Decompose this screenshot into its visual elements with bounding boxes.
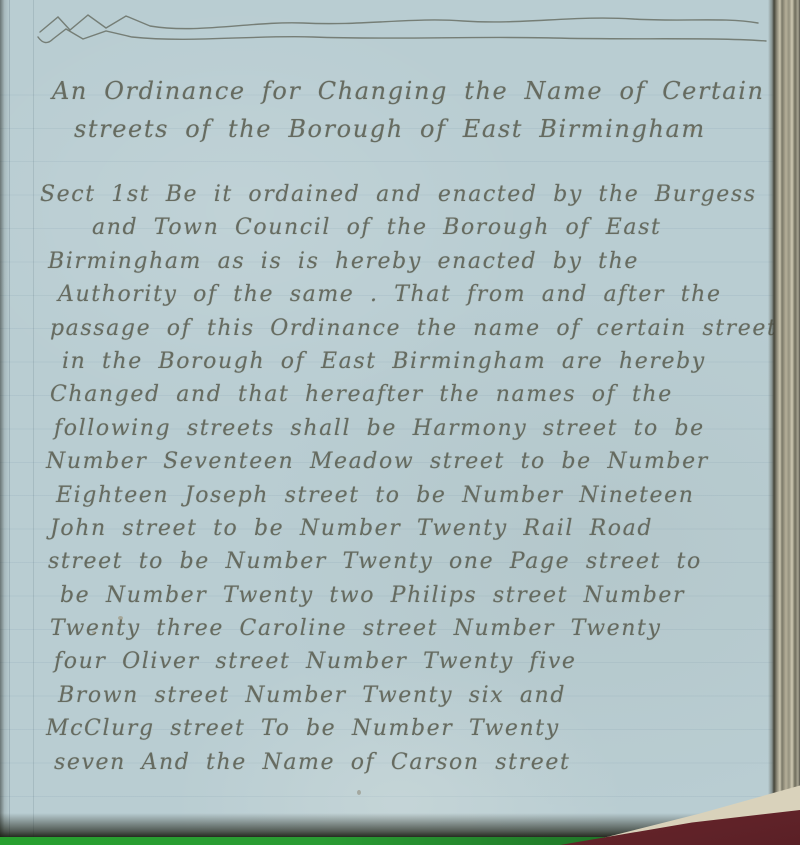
manuscript-line: Twenty three Caroline street Number Twen… xyxy=(50,612,800,645)
foxing-spot xyxy=(357,790,361,795)
manuscript-line: Changed and that hereafter the names of … xyxy=(50,378,800,411)
manuscript-line: and Town Council of the Borough of East xyxy=(92,211,800,244)
manuscript-line: passage of this Ordinance the name of ce… xyxy=(50,312,800,345)
ledger-page-photo: An Ordinance for Changing the Name of Ce… xyxy=(0,0,800,845)
document-body: Sect 1st Be it ordained and enacted by t… xyxy=(0,178,800,779)
ink-flourish-icon xyxy=(28,6,776,50)
manuscript-line: Eighteen Joseph street to be Number Nine… xyxy=(56,479,800,512)
page-stack-edge xyxy=(768,0,800,845)
manuscript-line: be Number Twenty two Philips street Numb… xyxy=(60,579,800,612)
document-title: An Ordinance for Changing the Name of Ce… xyxy=(0,72,800,148)
manuscript-line: Birmingham as is is hereby enacted by th… xyxy=(48,245,800,278)
manuscript-line: Sect 1st Be it ordained and enacted by t… xyxy=(40,178,800,211)
manuscript-line: seven And the Name of Carson street xyxy=(54,746,800,779)
manuscript-line: four Oliver street Number Twenty five xyxy=(54,645,800,678)
manuscript-line: in the Borough of East Birmingham are he… xyxy=(62,345,800,378)
manuscript-line: McClurg street To be Number Twenty xyxy=(46,712,800,745)
page-title-line: streets of the Borough of East Birmingha… xyxy=(74,110,800,148)
manuscript-line: street to be Number Twenty one Page stre… xyxy=(48,545,800,578)
manuscript-line: Authority of the same . That from and af… xyxy=(58,278,800,311)
paper-crease xyxy=(9,0,10,845)
page-title-line: An Ordinance for Changing the Name of Ce… xyxy=(52,72,800,110)
manuscript-line: John street to be Number Twenty Rail Roa… xyxy=(50,512,800,545)
manuscript-line: Number Seventeen Meadow street to be Num… xyxy=(46,445,800,478)
margin-crease xyxy=(33,0,34,845)
manuscript-line: Brown street Number Twenty six and xyxy=(58,679,800,712)
manuscript-line: following streets shall be Harmony stree… xyxy=(54,412,800,445)
